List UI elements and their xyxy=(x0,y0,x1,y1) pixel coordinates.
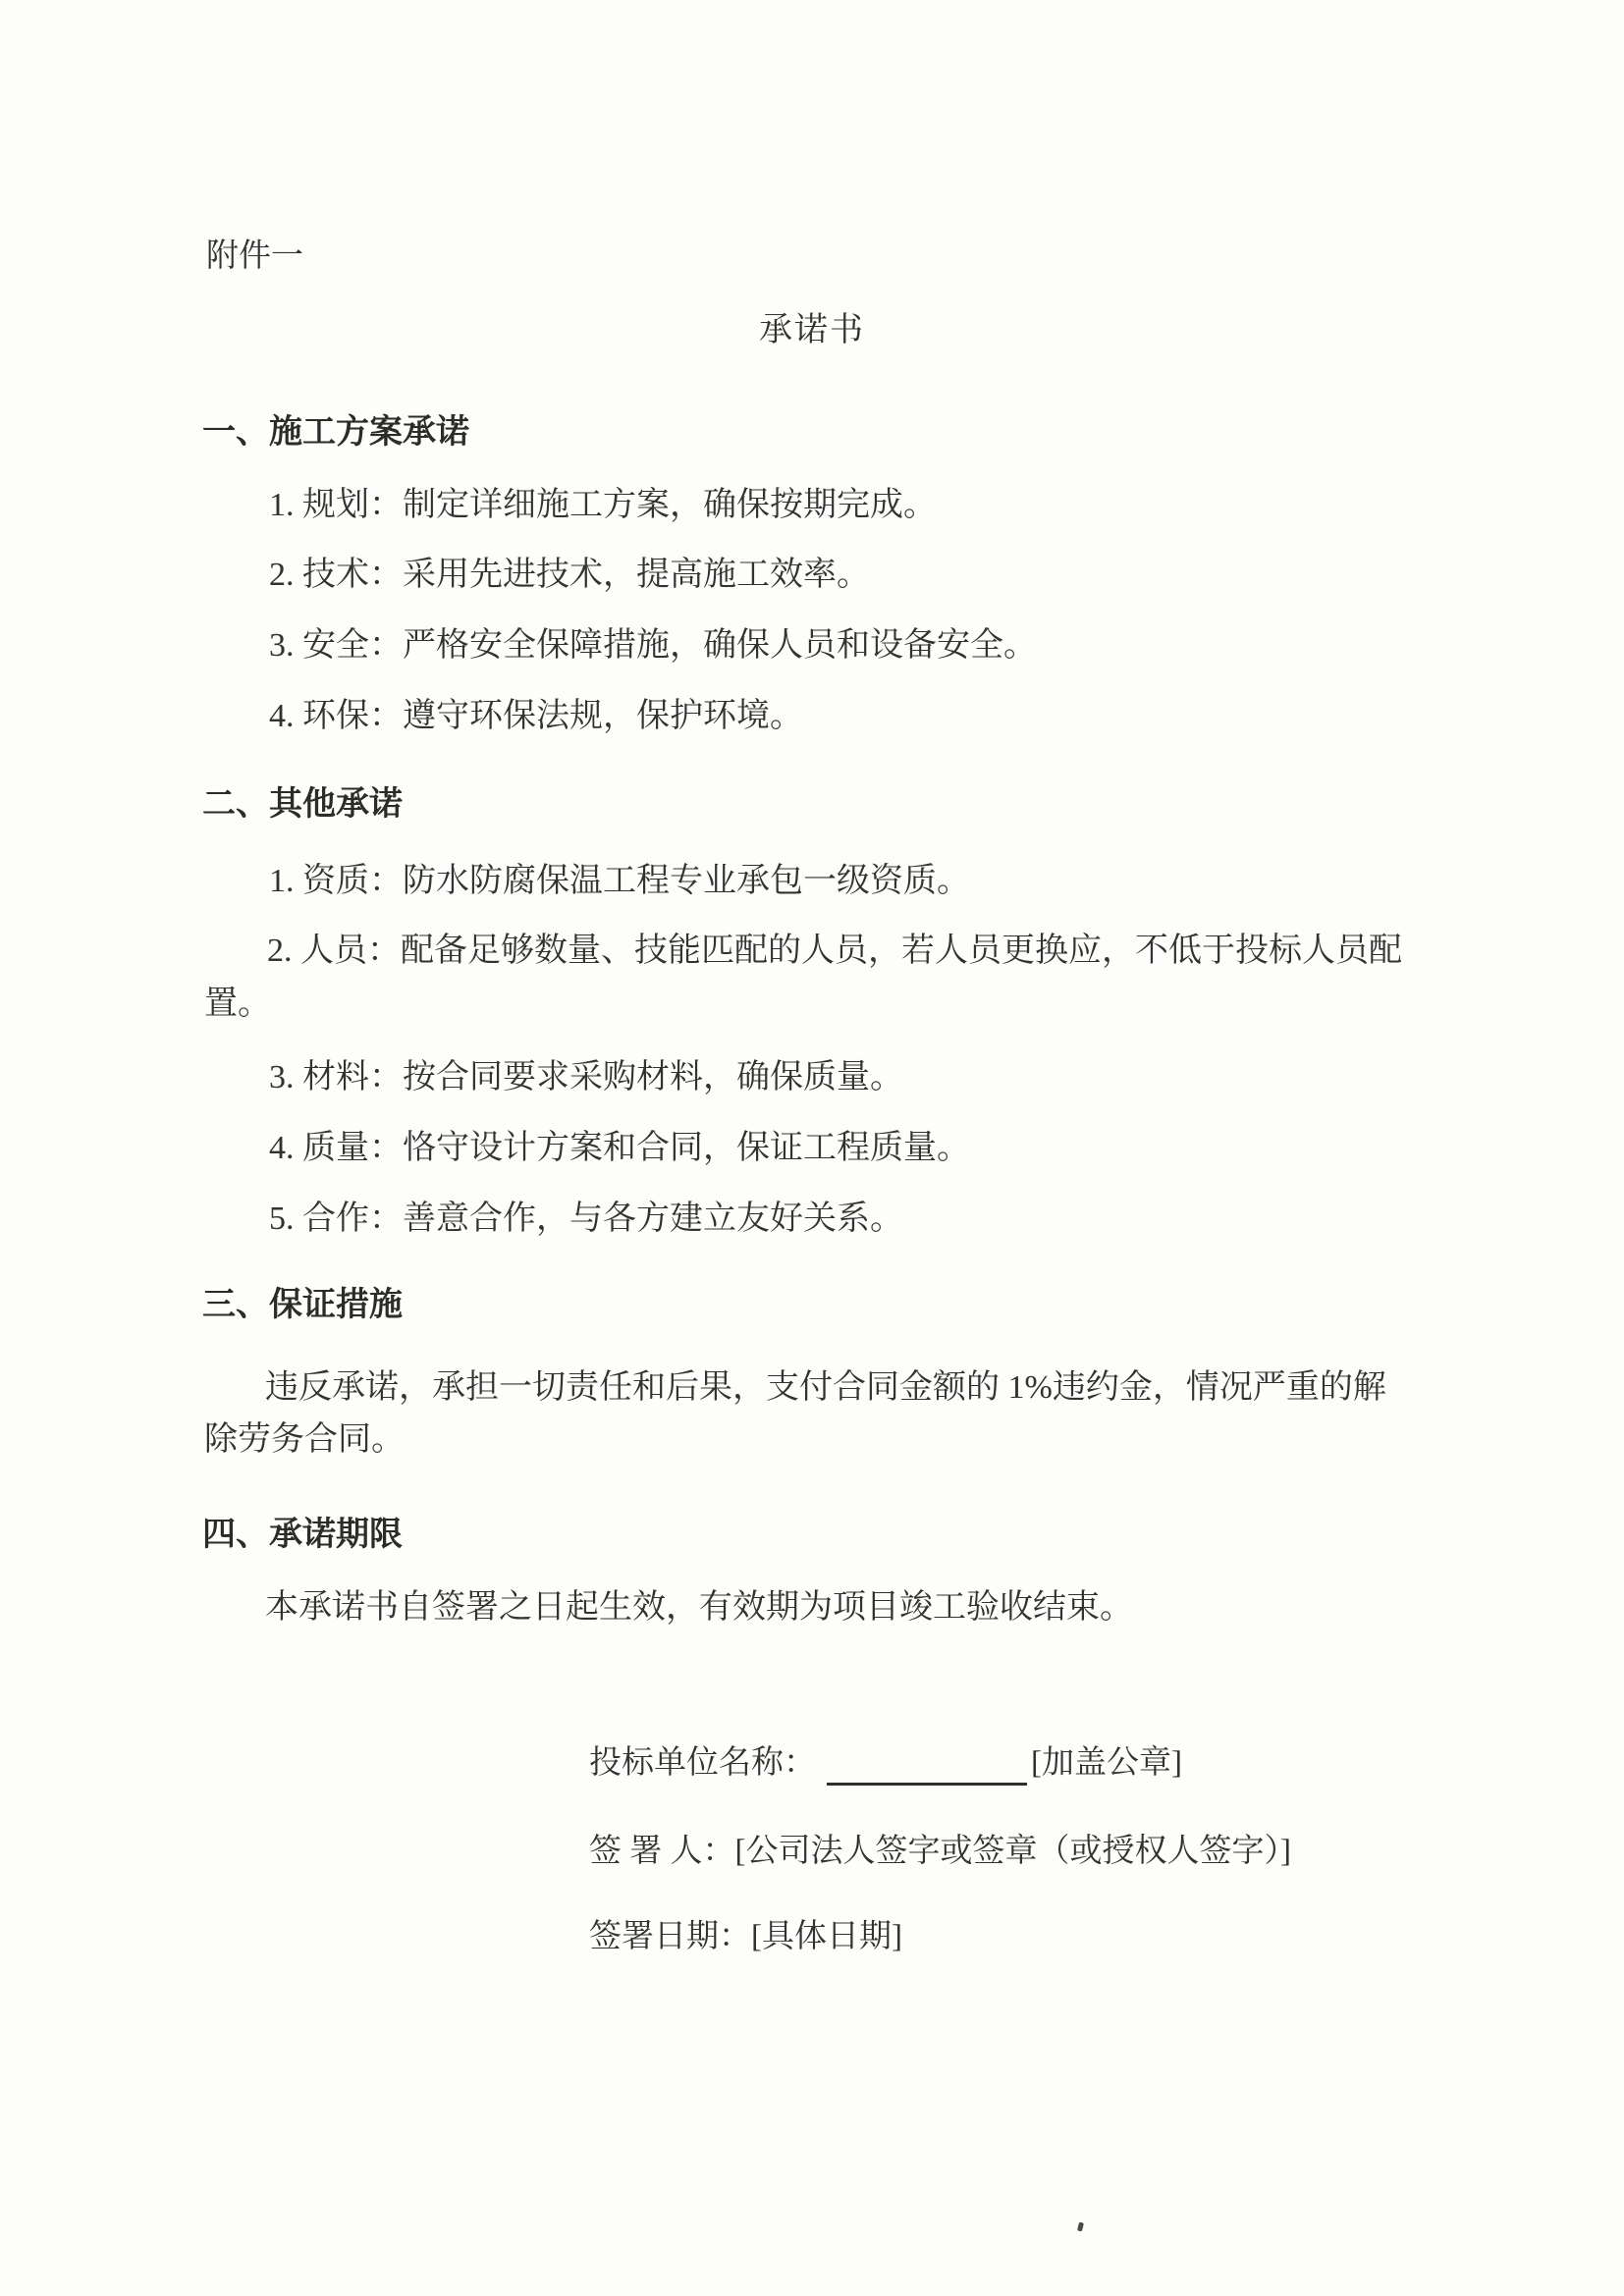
section-1-item-2: 2. 技术：采用先进技术，提高施工效率。 xyxy=(269,559,870,592)
section-2-heading: 二、其他承诺 xyxy=(202,788,403,822)
section-1-item-3: 3. 安全：严格安全保障措施，确保人员和设备安全。 xyxy=(269,629,1037,663)
document-title: 承诺书 xyxy=(0,314,1624,347)
section-2-item-3: 3. 材料：按合同要求采购材料，确保质量。 xyxy=(269,1061,903,1095)
company-seal-note: [加盖公章] xyxy=(1031,1747,1182,1780)
bidder-unit-label: 投标单位名称： xyxy=(589,1747,816,1780)
section-1-item-4: 4. 环保：遵守环保法规，保护环境。 xyxy=(269,700,803,733)
sign-date-label: 签署日期： xyxy=(589,1919,751,1954)
section-2-item-1: 1. 资质：防水防腐保温工程专业承包一级资质。 xyxy=(269,865,970,898)
signer-value: [公司法人签字或签章（或授权人签字）] xyxy=(735,1834,1291,1869)
sign-date-line: 签署日期：[具体日期] xyxy=(589,1921,902,1953)
signature-fill-in-underline xyxy=(827,1783,1027,1786)
scan-ink-speck xyxy=(1077,2222,1084,2232)
section-1-item-1: 1. 规划：制定详细施工方案，确保按期完成。 xyxy=(269,489,937,522)
attachment-label: 附件一 xyxy=(206,240,303,273)
section-3-paragraph: 违反承诺，承担一切责任和后果，支付合同金额的 1%违约金，情况严重的解除劳务合同… xyxy=(204,1362,1412,1466)
signer-label: 签 署 人： xyxy=(589,1834,735,1869)
section-3-heading: 三、保证措施 xyxy=(202,1289,403,1322)
section-4-heading: 四、承诺期限 xyxy=(202,1519,403,1552)
scanned-document-page: 附件一 承诺书 一、施工方案承诺 1. 规划：制定详细施工方案，确保按期完成。 … xyxy=(0,0,1624,2296)
section-2-item-5: 5. 合作：善意合作，与各方建立友好关系。 xyxy=(269,1202,903,1236)
section-1-heading: 一、施工方案承诺 xyxy=(202,416,469,450)
section-2-item-4: 4. 质量：恪守设计方案和合同，保证工程质量。 xyxy=(269,1132,970,1165)
signer-line: 签 署 人：[公司法人签字或签章（或授权人签字）] xyxy=(589,1836,1291,1868)
section-2-item-2: 2. 人员：配备足够数量、技能匹配的人员，若人员更换应，不低于投标人员配置。 xyxy=(204,925,1427,1031)
section-4-paragraph: 本承诺书自签署之日起生效，有效期为项目竣工验收结束。 xyxy=(265,1591,1542,1625)
sign-date-value: [具体日期] xyxy=(751,1919,902,1954)
